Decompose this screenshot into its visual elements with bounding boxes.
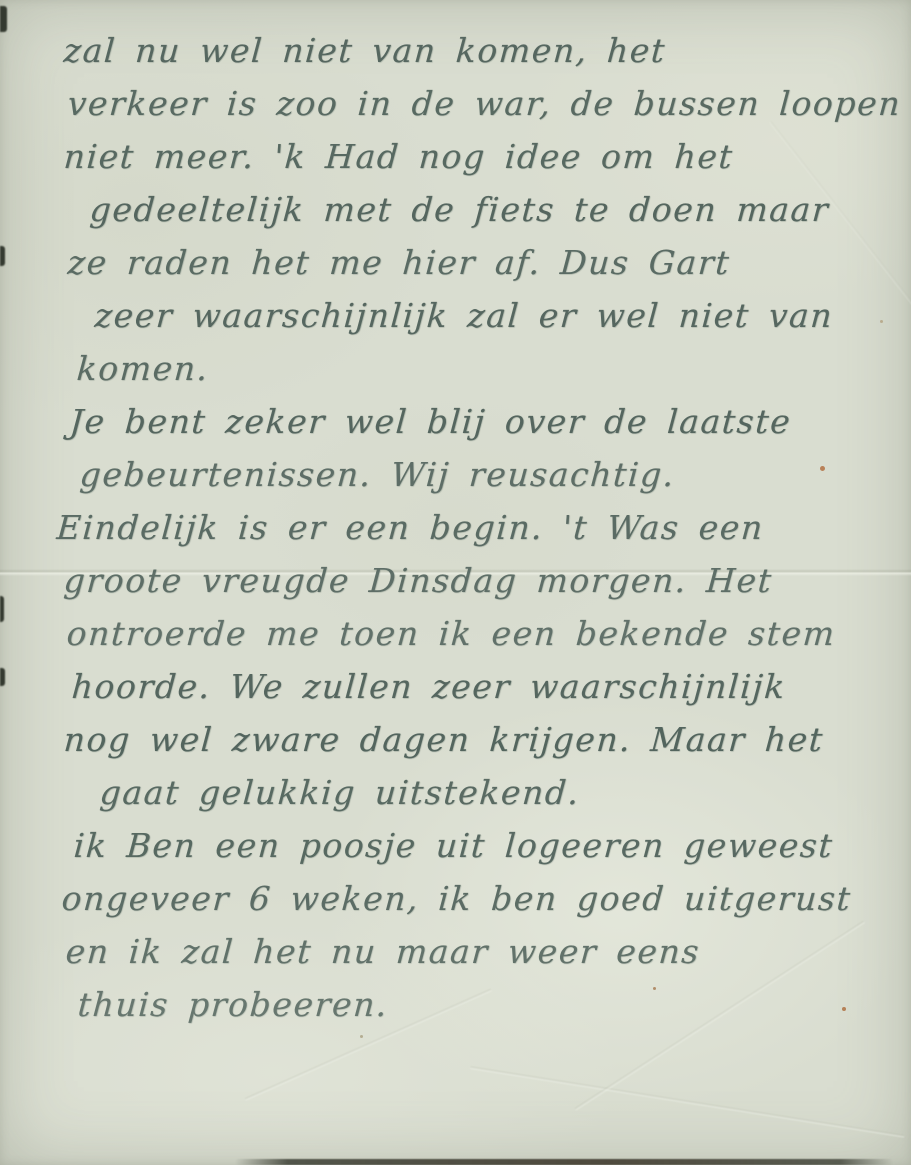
foxing-speck <box>842 1007 846 1011</box>
foxing-speck <box>880 320 883 323</box>
foxing-speck <box>820 466 825 471</box>
letter-line-14: nog wel zware dagen krijgen. Maar het <box>0 713 911 766</box>
scan-edge-shadow <box>235 1159 893 1165</box>
scan-edge-mark <box>0 668 5 686</box>
letter-line-13: hoorde. We zullen zeer waarschijnlijk <box>0 660 911 713</box>
scan-edge-mark <box>0 246 5 266</box>
letter-line-3: niet meer. 'k Had nog idee om het <box>0 130 911 183</box>
letter-line-1: zal nu wel niet van komen, het <box>0 24 911 77</box>
letter-line-18: en ik zal het nu maar weer eens <box>0 925 911 978</box>
letter-line-12: ontroerde me toen ik een bekende stem <box>0 607 911 660</box>
letter-line-2: verkeer is zoo in de war, de bussen loop… <box>0 77 911 130</box>
letter-line-6: zeer waarschijnlijk zal er wel niet van <box>0 289 911 342</box>
letter-line-9: gebeurtenissen. Wij reusachtig. <box>0 448 911 501</box>
letter-line-19: thuis probeeren. <box>0 978 911 1031</box>
foxing-speck <box>653 987 656 990</box>
scan-edge-mark <box>0 596 4 622</box>
letter-page: zal nu wel niet van komen, het verkeer i… <box>0 0 911 1165</box>
foxing-speck <box>360 1035 363 1038</box>
letter-body: zal nu wel niet van komen, het verkeer i… <box>0 24 911 1031</box>
scan-edge-mark <box>0 6 7 32</box>
letter-line-17: ongeveer 6 weken, ik ben goed uitgerust <box>0 872 911 925</box>
letter-line-15: gaat gelukkig uitstekend. <box>0 766 911 819</box>
letter-line-10: Eindelijk is er een begin. 't Was een <box>0 501 911 554</box>
letter-line-4: gedeeltelijk met de fiets te doen maar <box>0 183 911 236</box>
diagonal-crease <box>470 1066 905 1138</box>
letter-line-16: ik Ben een poosje uit logeeren geweest <box>0 819 911 872</box>
letter-line-11: groote vreugde Dinsdag morgen. Het <box>0 554 911 607</box>
letter-line-7: komen. <box>0 342 911 395</box>
letter-line-8: Je bent zeker wel blij over de laatste <box>0 395 911 448</box>
letter-line-5: ze raden het me hier af. Dus Gart <box>0 236 911 289</box>
